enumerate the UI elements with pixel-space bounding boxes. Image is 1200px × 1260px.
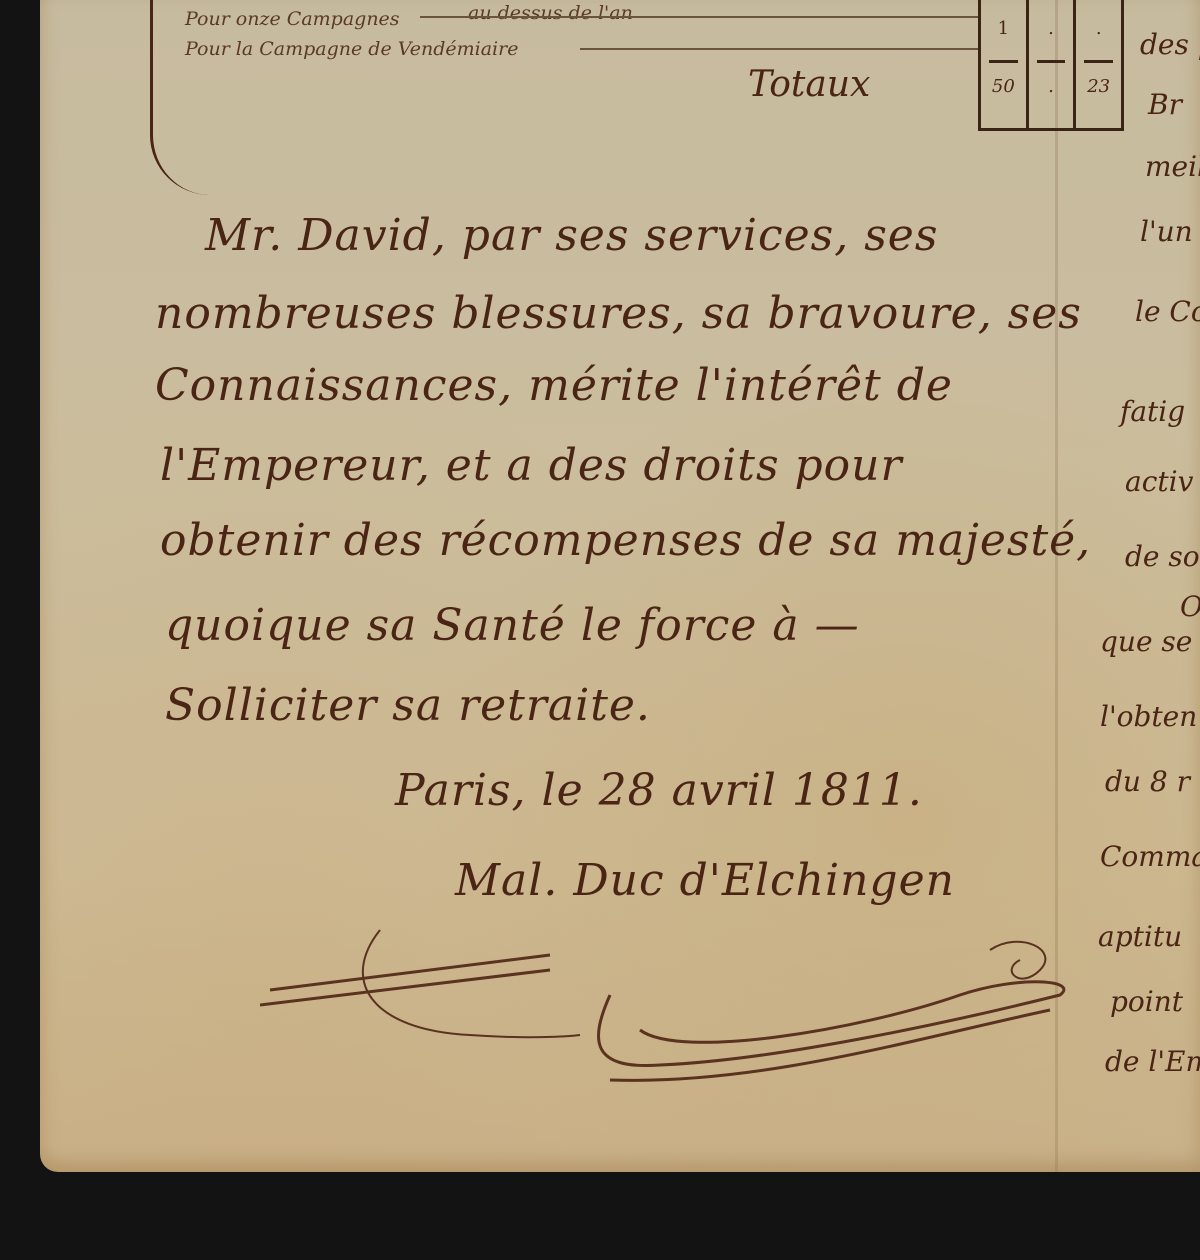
totals-label: Totaux	[748, 64, 870, 105]
fragment: le Co	[1135, 295, 1200, 328]
total-value: 50	[981, 76, 1026, 97]
fragment: l'obten	[1100, 700, 1197, 733]
table-row-label: Pour onze Campagnes	[185, 8, 400, 30]
body-line: nombreuses blessures, sa bravoure, ses	[155, 288, 1082, 339]
body-line: l'Empereur, et a des droits pour	[160, 440, 903, 491]
fragment: des p	[1140, 28, 1200, 61]
cell-value: .	[1076, 18, 1121, 39]
fragment: l'un	[1140, 215, 1193, 248]
signature-flourish-icon	[260, 920, 1080, 1100]
signature: Mal. Duc d'Elchingen	[455, 855, 955, 906]
dash	[989, 60, 1018, 63]
table-row-note: au dessus de l'an	[468, 2, 633, 24]
fragment: activ	[1125, 465, 1193, 498]
dash	[1037, 60, 1066, 63]
fragment: de l'Em	[1105, 1045, 1200, 1078]
date-line: Paris, le 28 avril 1811.	[395, 765, 923, 816]
fragment: de sor	[1125, 540, 1200, 573]
cell-value: 1	[981, 18, 1026, 39]
body-line: Connaissances, mérite l'intérêt de	[155, 360, 953, 411]
cell-value: .	[1029, 18, 1074, 39]
fragment: aptitu	[1098, 920, 1182, 953]
body-line: Solliciter sa retraite.	[165, 680, 651, 731]
total-value: .	[1029, 76, 1074, 97]
body-line: quoique sa Santé le force à —	[165, 600, 860, 651]
table-column: . .	[1029, 0, 1077, 128]
total-value: 23	[1076, 76, 1121, 97]
body-line: Mr. David, par ses services, ses	[205, 210, 938, 261]
totals-table: 1 50 . . . 23	[978, 0, 1124, 131]
table-rule	[420, 16, 980, 18]
body-line: obtenir des récompenses de sa majesté,	[160, 515, 1091, 566]
dash	[1084, 60, 1113, 63]
fragment: que se	[1100, 625, 1192, 658]
fragment: Comma	[1100, 840, 1200, 873]
fragment: point	[1110, 985, 1183, 1018]
fragment: O	[1180, 590, 1200, 623]
fragment: du 8 r	[1105, 765, 1190, 798]
table-row-label: Pour la Campagne de Vendémiaire	[185, 38, 518, 60]
table-column: 1 50	[981, 0, 1029, 128]
fragment: meil	[1145, 150, 1200, 183]
table-rule	[580, 48, 980, 50]
fragment: fatig	[1120, 395, 1185, 428]
fragment: Br	[1148, 88, 1182, 121]
table-column: . 23	[1076, 0, 1121, 128]
